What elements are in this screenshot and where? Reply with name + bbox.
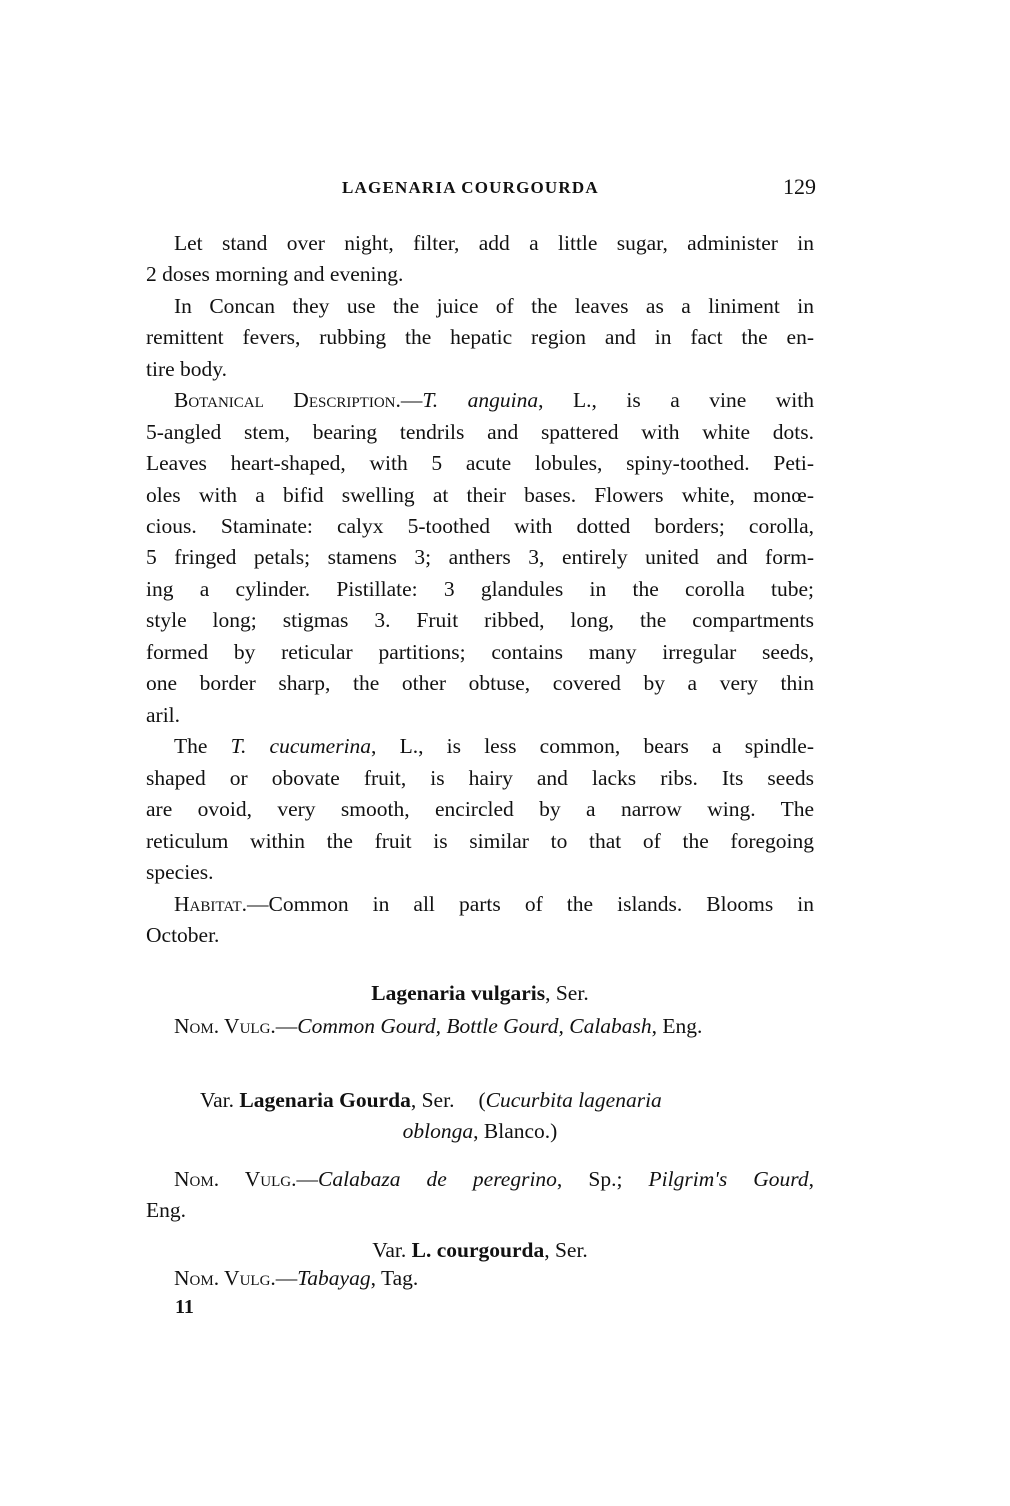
variety-name: Lagenaria Gourda	[239, 1088, 410, 1112]
vernacular-names-line: Nom. Vulg.—Common Gourd, Bottle Gourd, C…	[174, 1012, 814, 1040]
text-line: Eng.	[146, 1196, 814, 1224]
text-line: Leaves heart-shaped, with 5 acute lobule…	[146, 449, 814, 477]
section-label: Botanical Description.	[174, 388, 401, 412]
botanical-description-heading-line: Botanical Description.—T. anguina, L., i…	[174, 386, 814, 414]
signature-mark: 11	[175, 1296, 194, 1319]
text-line: shaped or obovate fruit, is hairy and la…	[146, 764, 814, 792]
vernacular-names-line: Nom. Vulg.—Tabayag, Tag.	[174, 1264, 814, 1292]
text-line: species.	[146, 858, 814, 886]
book-page: LAGENARIA COURGOURDA 129 Let stand over …	[0, 0, 1010, 1506]
section-label: Habitat.	[174, 892, 247, 916]
text-line: formed by reticular partitions; contains…	[146, 638, 814, 666]
text-line: 5-angled stem, bearing tendrils and spat…	[146, 418, 814, 446]
text-line: October.	[146, 921, 814, 949]
text-line: In Concan they use the juice of the leav…	[174, 292, 814, 320]
habitat-line: Habitat.—Common in all parts of the isla…	[174, 890, 814, 918]
text-line: remittent fevers, rubbing the hepatic re…	[146, 323, 814, 351]
variety-name: L. courgourda	[412, 1238, 545, 1262]
text-line: Let stand over night, filter, add a litt…	[174, 229, 814, 257]
species-heading-name: Lagenaria vulgaris	[371, 981, 545, 1005]
nom-vulg-label: Nom. Vulg.	[174, 1014, 276, 1038]
text-line: 2 doses morning and evening.	[146, 260, 814, 288]
text-line: oles with a bifid swelling at their base…	[146, 481, 814, 509]
text-line: 5 fringed petals; stamens 3; anthers 3, …	[146, 543, 814, 571]
running-title: LAGENARIA COURGOURDA	[342, 178, 599, 198]
text-line: are ovoid, very smooth, encircled by a n…	[146, 795, 814, 823]
text-line: style long; stigmas 3. Fruit ribbed, lon…	[146, 606, 814, 634]
text-line: ing a cylinder. Pistillate: 3 glandules …	[146, 575, 814, 603]
cucumerina-first-line: The T. cucumerina, L., is less common, b…	[174, 732, 814, 760]
text-line: one border sharp, the other obtuse, cove…	[146, 669, 814, 697]
text-line: tire body.	[146, 355, 814, 383]
nom-vulg-label: Nom. Vulg.	[174, 1167, 297, 1191]
variety-synonym-line: oblonga, Blanco.)	[146, 1117, 814, 1145]
species-heading: Lagenaria vulgaris, Ser.	[146, 979, 814, 1007]
variety-heading: Var. Lagenaria Gourda, Ser.(Cucurbita la…	[200, 1086, 760, 1114]
nom-vulg-label: Nom. Vulg.	[174, 1266, 276, 1290]
variety-heading: Var. L. courgourda, Ser.	[146, 1236, 814, 1264]
text-line: cious. Staminate: calyx 5-toothed with d…	[146, 512, 814, 540]
species-name: T. anguina	[422, 388, 538, 412]
species-name: T. cucumerina	[231, 734, 371, 758]
vernacular-names-line: Nom. Vulg.—Calabaza de peregrino, Sp.; P…	[174, 1165, 814, 1193]
text-line: aril.	[146, 701, 814, 729]
page-number: 129	[783, 174, 816, 200]
running-head: LAGENARIA COURGOURDA 129	[342, 175, 816, 205]
text-line: reticulum within the fruit is similar to…	[146, 827, 814, 855]
